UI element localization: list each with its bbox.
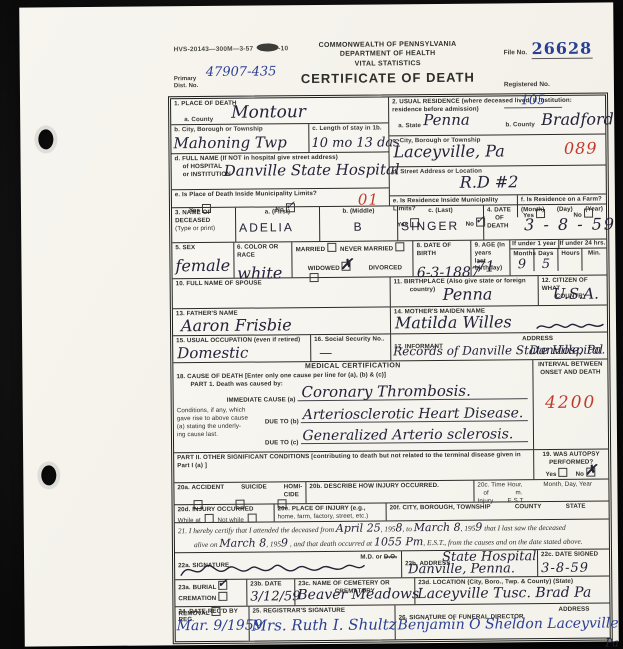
- age-months-value: 9: [513, 258, 530, 271]
- age-days-value: 5: [537, 257, 554, 270]
- section-place-of-injury: 20e. PLACE OF INJURY (e.g.,home, farm, f…: [275, 503, 387, 521]
- section-age-subdivisions: If under 1 year If under 24 hrs. Months9…: [510, 239, 606, 275]
- punch-hole: [41, 465, 56, 485]
- section-cemetery-location: 23d. LOCATION (City, Boro., Twp. & Count…: [415, 576, 609, 604]
- while-at-work-checkbox: [205, 514, 214, 523]
- section-registrar-signature: 25. REGISTRAR'S SIGNATURE Mrs. Ruth I. S…: [249, 605, 395, 640]
- section-cemetery-name: 23c. NAME OF CEMETERY ORCREMATORY Beaver…: [295, 578, 415, 605]
- residence-code-value: 089: [564, 141, 598, 157]
- interval-code-value: 4200: [537, 394, 605, 412]
- form-number: HVS-20143—300M—3-57-10: [174, 43, 289, 53]
- registrar-signature-value: Mrs. Ruth I. Shultz: [252, 617, 397, 633]
- section-occupation: 15. USUAL OCCUPATION (even if retired) D…: [173, 335, 311, 362]
- burial-checkbox: ✓: [218, 581, 227, 590]
- date-signed-value: 3-8-59: [541, 561, 606, 575]
- informant-address-value: Danville, Pa.: [529, 344, 605, 357]
- cause-b-value: Arteriosclerotic Heart Disease.: [303, 406, 524, 422]
- emblem-stamp-icon: [256, 43, 278, 51]
- length-of-stay-value: 10 mo 13 das: [311, 136, 400, 150]
- section-autopsy: 19. WAS AUTOPSYPERFORMED? YesNo✗: [534, 449, 608, 479]
- hospital-name-value: Danville State Hospital: [224, 162, 400, 179]
- section-funeral-director: 26. SIGNATURE OF FUNERAL DIRECTOR ADDRES…: [395, 603, 609, 639]
- never-married-checkbox: [395, 242, 404, 251]
- county-of-death-value: Montour: [231, 104, 306, 122]
- married-checkbox: [327, 243, 336, 252]
- attended-from-value: April 25: [336, 521, 381, 534]
- date-of-death-value: 3 - 8 - 59: [524, 216, 616, 233]
- municipality-code-value: 01: [358, 192, 379, 207]
- section-birthplace: 11. BIRTHPLACE (Also give state or forei…: [391, 276, 539, 306]
- section-date-of-death: 4. DATEOFDEATH (Month)(Day)(Year) 3 - 8 …: [484, 204, 606, 239]
- section-date-of-birth: 8. DATE OF BIRTH 6-3-1887: [414, 241, 472, 277]
- residence-city-value: Laceyville, Pa: [393, 143, 504, 160]
- section-physician-certification: 21. I hereby certify that I attended the…: [175, 519, 609, 552]
- age-value: 71: [476, 259, 495, 274]
- city-of-death-value: Mahoning Twp: [173, 135, 287, 151]
- section-date-received: 24. DATE REC'D BYREG. Mar. 9/1959: [175, 607, 249, 642]
- do-struck-label: D.O.: [384, 553, 397, 560]
- residence-county-value: Bradford: [541, 111, 614, 128]
- section-name-of-deceased: 3. NAME OFDECEASED(Type or print): [172, 208, 236, 243]
- section-mother-name: 14. MOTHER'S MAIDEN NAME Matilda Willes: [391, 305, 607, 333]
- cause-c-value: Generalized Arterio sclerosis.: [302, 428, 513, 444]
- file-number: File No. 26628: [504, 39, 604, 60]
- punch-hole: [38, 129, 53, 149]
- section-sex: 5. SEX female: [172, 243, 234, 279]
- last-name-value: SINGER: [401, 219, 480, 232]
- section-father-name: 13. FATHER'S NAME Aaron Frisbie: [173, 307, 391, 335]
- section-informant: 17. INFORMANT ADDRESS Records of Danvill…: [391, 332, 607, 360]
- section-marital-status: MARRIED NEVER MARRIED WIDOWED✗ DIVORCED: [293, 241, 414, 277]
- scanned-death-certificate: HVS-20143—300M—3-57-10 PrimaryDist. No. …: [0, 0, 623, 649]
- occupation-value: Domestic: [177, 346, 248, 362]
- physician-address-line2: Danville, Penna.: [408, 562, 515, 576]
- burial-date-value: 3/12/59: [250, 590, 291, 603]
- physician-signature-scrawl: [177, 558, 367, 580]
- agency-heading: COMMONWEALTH OF PENNSYLVANIA DEPARTMENT …: [280, 39, 496, 86]
- section-burial-date: 23b. DATE 3/12/59: [247, 579, 295, 605]
- section-place-of-death: 1. PLACE OF DEATH a. County Montour b. C…: [171, 97, 390, 207]
- section-physician-signature: 22a. SIGNATURE M.D. or D.O.: [175, 551, 402, 579]
- cause-a-value: Coronary Thrombosis.: [301, 384, 471, 400]
- section-how-injury-occurred: 20b. DESCRIBE HOW INJURY OCCURRED.: [306, 481, 474, 503]
- section-color-or-race: 6. COLOR OR RACE white: [234, 242, 293, 278]
- first-name-value: ADELIA: [239, 221, 316, 234]
- time-of-death-value: 1055 Pm: [374, 535, 423, 548]
- cremation-checkbox: [218, 592, 227, 601]
- section-injury-occurred: 20d. INJURY OCCURRED While at Not while: [175, 504, 275, 522]
- citizenship-value: U.S.A.: [553, 287, 599, 302]
- not-while-at-work-checkbox: [248, 513, 257, 522]
- last-seen-alive-value: March 8: [219, 536, 266, 549]
- section-injury-city: 20f. CITY, BOROUGH, TOWNSHIPCOUNTYSTATE: [387, 501, 609, 520]
- cemetery-name-value: Beaver Meadows: [297, 587, 419, 602]
- certificate-page: HVS-20143—300M—3-57-10 PrimaryDist. No. …: [19, 2, 619, 646]
- section-medical-certification: MEDICAL CERTIFICATION 18. CAUSE OF DEATH…: [173, 360, 534, 452]
- section-disposition: 23a. BURIAL✓CREMATION REMOVAL: [175, 580, 247, 607]
- certificate-body: 1. PLACE OF DEATH a. County Montour b. C…: [170, 94, 611, 642]
- autopsy-no-checkbox: ✗: [586, 467, 595, 476]
- attended-to-value: March 8: [414, 521, 461, 534]
- birthplace-value: Penna: [443, 286, 493, 302]
- section-citizenship: 12. CITIZEN OF WHATCOUNTRY U.S.A.: [539, 275, 607, 305]
- section-ssn: 16. Social Security No.. —: [311, 334, 391, 361]
- form-header: HVS-20143—300M—3-57-10 PrimaryDist. No. …: [169, 32, 606, 98]
- street-address-value: R.D #2: [460, 174, 519, 191]
- section-time-of-injury: 20c. TimeofInjury Hour,m.E.S.T. Month, D…: [474, 479, 608, 501]
- father-name-value: Aaron Frisbie: [181, 317, 292, 334]
- address-overflow-value: Pa: [605, 637, 619, 648]
- section-physician-address: 22b. ADDRESS State Hospital Danville, Pe…: [402, 550, 538, 577]
- interval-onset-death: INTERVAL BETWEENONSET AND DEATH 4200: [533, 359, 608, 449]
- section-usual-residence: 2. USUAL RESIDENCE (where deceased lived…: [389, 95, 606, 205]
- section-accident-suicide-homicide: 20a. ACCIDENTSUICIDEHOMI-CIDE: [174, 482, 306, 504]
- residence-state-value: Penna: [423, 113, 470, 128]
- section-part2-conditions: PART II. OTHER SIGNIFICANT CONDITIONS [c…: [174, 450, 534, 482]
- cemetery-location-value: Laceyville Tusc. Brad Pa: [417, 586, 591, 602]
- autopsy-yes-checkbox: [559, 467, 568, 476]
- mother-name-value: Matilda Willes: [395, 314, 512, 331]
- widowed-checkbox: ✗: [342, 261, 351, 270]
- informant-signature-scrawl: [535, 320, 605, 333]
- sex-value: female: [175, 258, 230, 274]
- primary-dist-label: PrimaryDist. No.: [174, 76, 198, 89]
- section-date-signed: 22c. DATE SIGNED 3-8-59: [538, 549, 609, 576]
- certificate-title: CERTIFICATE OF DEATH: [280, 70, 496, 87]
- section-spouse: 10. FULL NAME OF SPOUSE: [173, 277, 391, 308]
- middle-name-value: B: [323, 220, 394, 233]
- primary-dist-number: 47907-435: [206, 65, 277, 79]
- ssn-value: —: [319, 347, 332, 360]
- funeral-director-value: Benjamin O Sheldon Laceyville: [398, 616, 619, 632]
- section-age: 9. AGE (In yearslast birthday) 71: [472, 240, 511, 275]
